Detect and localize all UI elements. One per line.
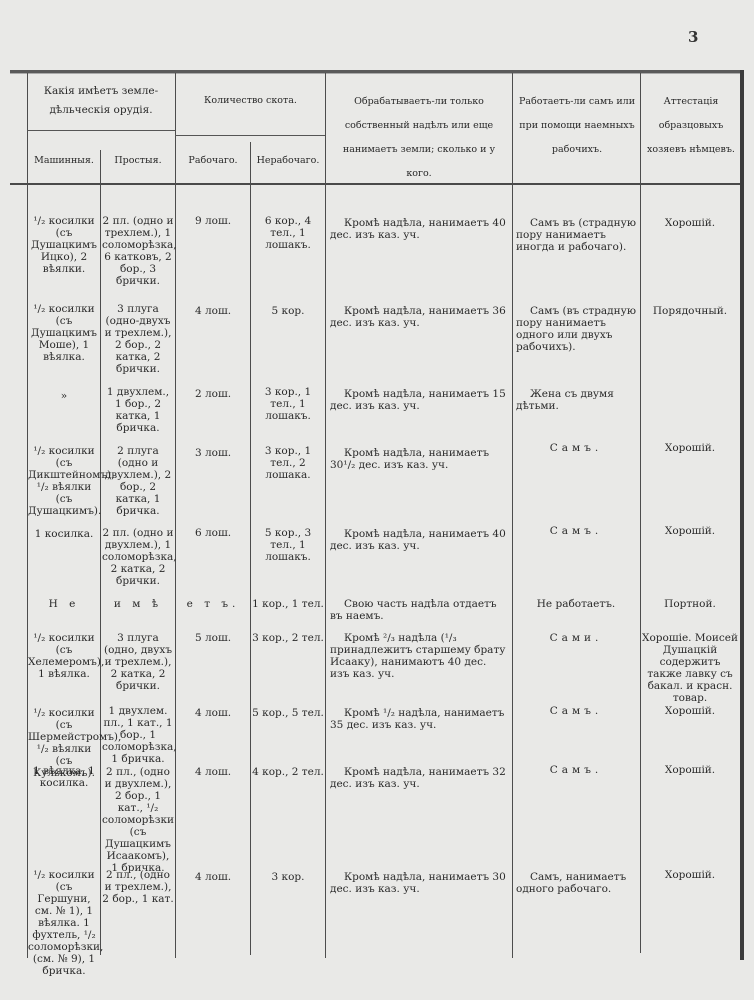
cell-simple: 2 плуга (одно и двухлем.), 2 бор., 2 кат… [102,445,174,517]
cell-nonworking: 3 кор., 1 тел., 1 лошакъ. [252,386,324,422]
statistics-table: Какія имѣетъ земле-дѣльческія орудія. Ма… [10,70,747,970]
cell-working: 2 лош. [176,388,250,400]
cell-machine: Н е [28,598,100,610]
cell-working: 3 лош. [176,447,250,459]
cell-machine: ¹/₂ косилки (съ Душацкимъ Ицко), 2 вѣялк… [28,215,100,275]
cell-land: Кромѣ надѣла, нанимаетъ 30¹/₂ дес. изъ к… [330,447,508,471]
page-number: 3 [688,28,698,46]
cell-land: Кромѣ ²/₃ надѣла (¹/₃ принадлежитъ старш… [330,632,508,680]
cell-working: 4 лош. [176,766,250,778]
cell-nonworking: 6 кор., 4 тел., 1 лошакъ. [252,215,324,251]
cell-labor: Самъ. [516,705,636,717]
cell-labor: Самъ. [516,442,636,454]
cell-simple: 2 пл., (одно и трехлем.), 2 бор., 1 кат. [102,869,174,905]
table-top-rule [10,70,740,74]
cell-attestation: Хорошіе. Мoисей Душацкій содержитъ также… [642,632,738,704]
subheader-rule [175,135,325,136]
cell-land: Кромѣ надѣла, нанимаетъ 30 дес. изъ каз.… [330,871,508,895]
cell-attestation: Портной. [642,598,738,610]
cell-nonworking: 3 кор., 1 тел., 2 лошака. [252,445,324,481]
cell-working: 9 лош. [176,215,250,227]
cell-working: 4 лош. [176,305,250,317]
cell-labor: Не работаетъ. [516,598,636,610]
header-livestock-nonworking: Нерабочаго. [251,154,325,167]
cell-labor: Самъ въ (страдную пору нанимаетъ иногда … [516,217,636,253]
column-divider [100,150,101,955]
cell-nonworking: 3 кор. [252,871,324,883]
header-tools-simple: Простыя. [101,154,175,167]
header-labor: Работаетъ-ли самъ или при помощи наемных… [518,90,636,162]
cell-nonworking: 4 кор., 2 тел. [252,766,324,778]
cell-simple: 1 двухлем., 1 бор., 2 катка, 1 бричка. [102,386,174,434]
cell-nonworking: 3 кор., 2 тел. [252,632,324,644]
cell-machine: 1 косилка. [28,528,100,540]
cell-working: 4 лош. [176,707,250,719]
cell-working: 6 лош. [176,527,250,539]
cell-attestation: Хорошій. [642,442,738,454]
header-tools-group: Какія имѣетъ земле-дѣльческія орудія. [30,82,172,120]
cell-attestation: Порядочный. [642,305,738,317]
cell-simple: 3 плуга (одно-двухъ и трехлем.), 2 бор.,… [102,303,174,375]
cell-working: 5 лош. [176,632,250,644]
table-right-rule [740,70,744,960]
cell-simple: 3 плуга (одно, двухъ и трехлем.), 2 катк… [102,632,174,692]
column-divider [640,73,641,953]
cell-machine: ¹/₂ косилки (съ Душацкимъ Моше), 1 вѣялк… [28,303,100,363]
cell-land: Кромѣ надѣла, нанимаетъ 15 дес. изъ каз.… [330,388,508,412]
header-attestation: Аттестація образцовыхъ хозяевъ нѣмцевъ. [646,90,736,162]
cell-machine: ¹/₂ косилки (съ Дикштейномъ), ¹/₂ вѣялки… [28,445,100,517]
cell-attestation: Хорошій. [642,705,738,717]
cell-simple: 1 двухлем. пл., 1 кат., 1 бор., 1 соломо… [102,705,174,765]
cell-land: Кромѣ надѣла, нанимаетъ 40 дес. изъ каз.… [330,528,508,552]
cell-simple: 2 пл. (одно и трехлем.), 1 соломорѣзка, … [102,215,174,287]
cell-nonworking: 5 кор., 5 тел. [252,707,324,719]
header-livestock-group: Количество скота. [176,94,325,107]
cell-attestation: Хорошій. [642,217,738,229]
header-tools-machine: Машинныя. [28,154,100,167]
cell-land: Кромѣ надѣла, нанимаетъ 40 дес. изъ каз.… [330,217,508,241]
column-divider [325,73,326,958]
cell-land: Кромѣ ¹/₂ надѣла, нанимаетъ 35 дес. изъ … [330,707,508,731]
cell-labor: Самъ. [516,764,636,776]
column-divider [512,73,513,958]
cell-labor: Сами. [516,632,636,644]
header-livestock-working: Рабочаго. [176,154,250,167]
cell-labor: Жена съ двумя дѣтьми. [516,388,636,412]
cell-land: Кромѣ надѣла, нанимаетъ 32 дес. изъ каз.… [330,766,508,790]
cell-land: Кромѣ надѣла, нанимаетъ 36 дес. изъ каз.… [330,305,508,329]
cell-machine: ¹/₂ косилки (съ Гершуни, см. № 1), 1 вѣя… [28,869,100,977]
cell-labor: Самъ, нанимаетъ одного рабочаго. [516,871,636,895]
column-divider [250,142,251,955]
subheader-rule [27,130,175,131]
cell-labor: Самъ (въ страдную пору нанимаетъ одного … [516,305,636,353]
cell-simple: и м ѣ [102,598,174,610]
header-land: Обрабатываетъ-ли только собственный надѣ… [332,90,506,186]
cell-working: 4 лош. [176,871,250,883]
cell-machine: » [28,390,100,402]
column-divider [175,73,176,958]
cell-nonworking: 5 кор. [252,305,324,317]
cell-labor: Самъ. [516,525,636,537]
cell-attestation: Хорошій. [642,764,738,776]
cell-nonworking: 1 кор., 1 тел. [252,598,324,610]
cell-land: Свою часть надѣла отдаетъ въ наемъ. [330,598,508,622]
cell-working: е т ъ. [176,598,250,610]
cell-machine: 1 вѣялка, 1 косилка. [28,765,100,789]
cell-machine: ¹/₂ косилки (съ Хелемеромъ), 1 вѣялка. [28,632,100,680]
cell-simple: 2 пл. (одно и двухлем.), 1 соломорѣзка, … [102,527,174,587]
cell-attestation: Хорошій. [642,869,738,881]
cell-simple: 2 пл., (одно и двухлем.), 2 бор., 1 кат.… [102,766,174,874]
cell-attestation: Хорошій. [642,525,738,537]
cell-nonworking: 5 кор., 3 тел., 1 лошакъ. [252,527,324,563]
